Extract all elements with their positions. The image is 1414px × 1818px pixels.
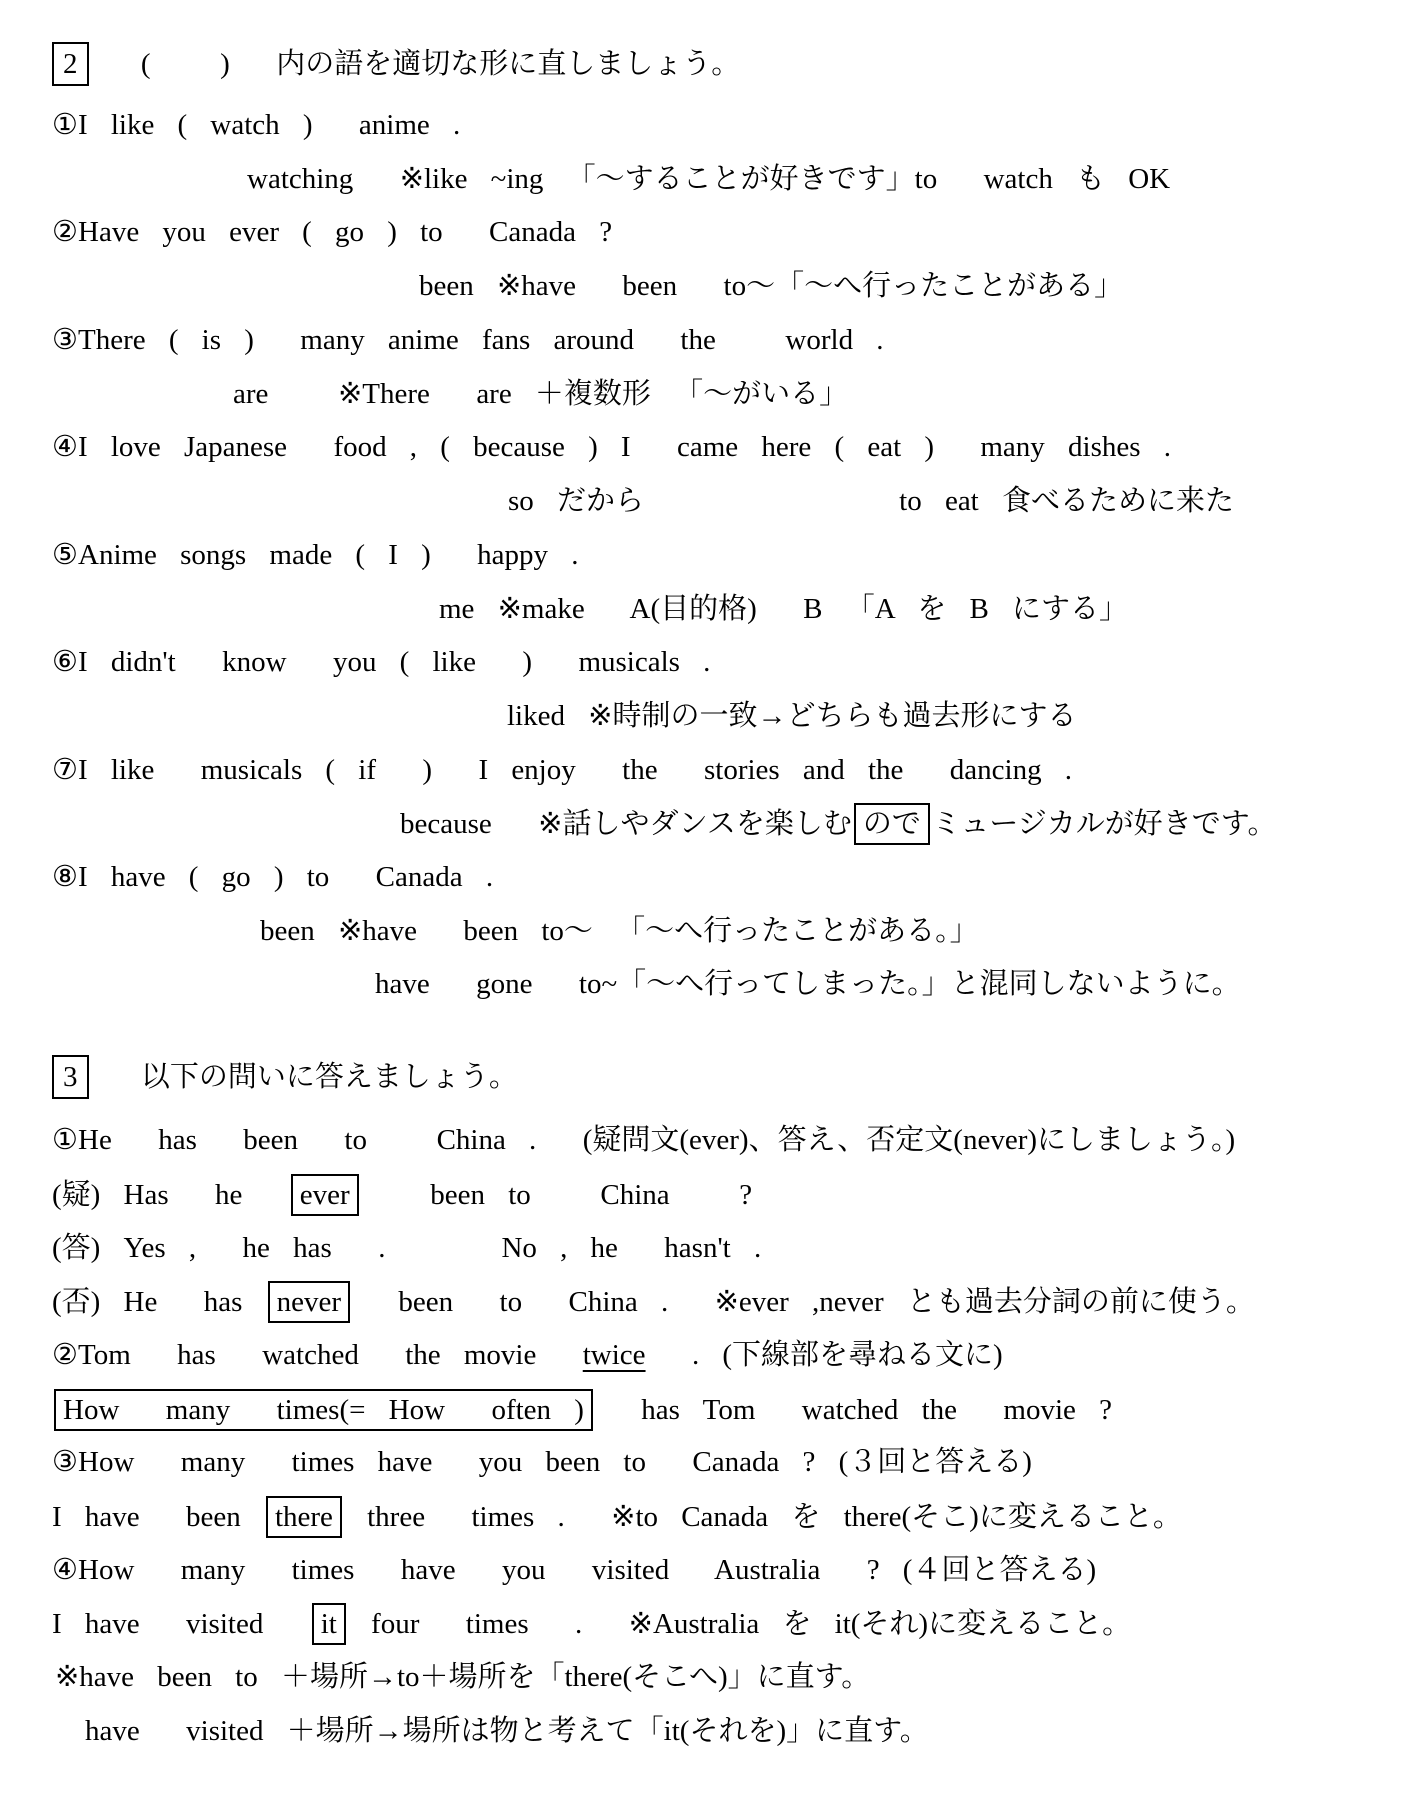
boxed-word: ever [291,1174,359,1216]
section-2-heading: 2 ( ) 内の語を適切な形に直しましょう。 [52,42,740,86]
text-run: ③There ( is ) many anime fans around the… [52,324,884,356]
text-run: been to China . ※ever ,never とも過去分詞の前に使う… [352,1286,1255,1318]
section-number-box: 3 [52,1055,89,1099]
q2-7-answer: because ※話しやダンスを楽しむのでミュージカルが好きです。 [400,803,1276,845]
text-run: ③How many times have you been to Canada … [52,1446,1032,1478]
text-run: three times . ※to Canada を there(そこ)に変える… [344,1501,1182,1533]
text-run: ⑥I didn't know you ( like ) musicals . [52,646,710,678]
q2-1: ①I like ( watch ) anime . [52,105,460,145]
q3-4-answer: I have visited it four times . ※Australi… [52,1603,1131,1645]
q2-6: ⑥I didn't know you ( like ) musicals . [52,642,710,682]
q3-2: ②Tom has watched the movie twice . (下線部を… [52,1335,1003,1375]
q2-1-answer: watching ※like ~ing 「～することが好きです」to watch… [247,159,1170,199]
section-3-heading: 3 以下の問いに答えましょう。 [52,1055,518,1099]
text-run: liked ※時制の一致→どちらも過去形にする [507,700,1077,732]
text-run: . (下線部を尋ねる文に) [646,1339,1003,1371]
text-run: ④How many times have you visited Austral… [52,1554,1096,1586]
text-run: me ※make A(目的格) B 「A を B にする」 [439,593,1128,625]
text-run: ①He has been to China . (疑問文(ever)、答え、否定… [52,1124,1235,1156]
text-run: I have been [52,1501,264,1533]
q2-3: ③There ( is ) many anime fans around the… [52,320,884,360]
q3-1-interrogative: (疑) Has he ever been to China ? [52,1174,752,1216]
q3-1: ①He has been to China . (疑問文(ever)、答え、否定… [52,1120,1235,1160]
text-run: have visited ＋場所→場所は物と考えて「it(それを)」に直す。 [85,1715,929,1747]
boxed-word: there [266,1496,342,1538]
text-run: four times . ※Australia を it(それ)に変えること。 [348,1608,1131,1640]
text-run: I have visited [52,1608,310,1640]
text-run: ※have been to ＋場所→to＋場所を「there(そこへ)」に直す。 [55,1661,870,1693]
q3-3: ③How many times have you been to Canada … [52,1442,1032,1482]
text-run: been to China ? [361,1179,752,1211]
text-run: ( ) 内の語を適切な形に直しましょう。 [95,48,741,80]
note-have-been: ※have been to ＋場所→to＋場所を「there(そこへ)」に直す。 [55,1657,870,1697]
text-run: ⑦I like musicals ( if ) I enjoy the stor… [52,754,1072,786]
q3-1-answer: (答) Yes , he has . No , he hasn't . [52,1228,761,1268]
q2-5: ⑤Anime songs made ( I ) happy . [52,535,579,575]
q2-2-answer: been ※have been to～「～へ行ったことがある」 [419,266,1123,306]
text-run: been ※have been to～「～へ行ったことがある」 [419,270,1123,302]
text-run: watching ※like ~ing 「～することが好きです」to watch… [247,163,1170,195]
q2-7: ⑦I like musicals ( if ) I enjoy the stor… [52,750,1072,790]
text-run: ④I love Japanese food , ( because ) I ca… [52,431,1171,463]
q2-4-answer: so だから to eat 食べるために来た [508,481,1234,521]
q2-5-answer: me ※make A(目的格) B 「A を B にする」 [439,589,1128,629]
text-run: because ※話しやダンスを楽しむ [400,808,852,840]
text-run: been ※have been to～ 「～へ行ったことがある。」 [260,915,979,947]
note-have-visited: have visited ＋場所→場所は物と考えて「it(それを)」に直す。 [85,1711,929,1751]
q2-8-answer-2: have gone to~「～へ行ってしまった。」と混同しないように。 [375,964,1241,1004]
boxed-word: How many times(= How often ) [54,1389,593,1431]
text-run: ②Tom has watched the movie [52,1339,583,1371]
section-number-box: 2 [52,42,89,86]
q3-4: ④How many times have you visited Austral… [52,1550,1096,1590]
boxed-word: never [268,1281,350,1323]
boxed-word: ので [854,803,930,845]
q2-8: ⑧I have ( go ) to Canada . [52,857,493,897]
text-run: so だから to eat 食べるために来た [508,485,1234,517]
text-run: ⑤Anime songs made ( I ) happy . [52,539,579,571]
text-run: (答) Yes , he has . No , he hasn't . [52,1232,761,1264]
text-run: ミュージカルが好きです。 [932,808,1277,840]
underlined-word: twice [583,1339,646,1371]
q2-4: ④I love Japanese food , ( because ) I ca… [52,427,1171,467]
q2-6-answer: liked ※時制の一致→どちらも過去形にする [507,696,1077,736]
q3-1-negative: (否) He has never been to China . ※ever ,… [52,1281,1255,1323]
text-run: are ※There are ＋複数形 「～がいる」 [233,378,848,410]
text-run: ⑧I have ( go ) to Canada . [52,861,493,893]
q3-3-answer: I have been there three times . ※to Cana… [52,1496,1182,1538]
boxed-word: it [312,1603,346,1645]
text-run: 以下の問いに答えましょう。 [95,1061,518,1093]
text-run: ①I like ( watch ) anime . [52,109,460,141]
q2-2: ②Have you ever ( go ) to Canada ? [52,212,612,252]
text-run: have gone to~「～へ行ってしまった。」と混同しないように。 [375,968,1241,1000]
q3-2-rewrite: How many times(= How often ) has Tom wat… [52,1389,1112,1431]
text-run: (疑) Has he [52,1179,289,1211]
q2-8-answer-1: been ※have been to～ 「～へ行ったことがある。」 [260,911,979,951]
text-run: (否) He has [52,1286,266,1318]
document-page: 2 ( ) 内の語を適切な形に直しましょう。①I like ( watch ) … [0,0,1414,1818]
text-run: ②Have you ever ( go ) to Canada ? [52,216,612,248]
text-run: has Tom watched the movie ? [595,1394,1112,1426]
q2-3-answer: are ※There are ＋複数形 「～がいる」 [233,374,848,414]
